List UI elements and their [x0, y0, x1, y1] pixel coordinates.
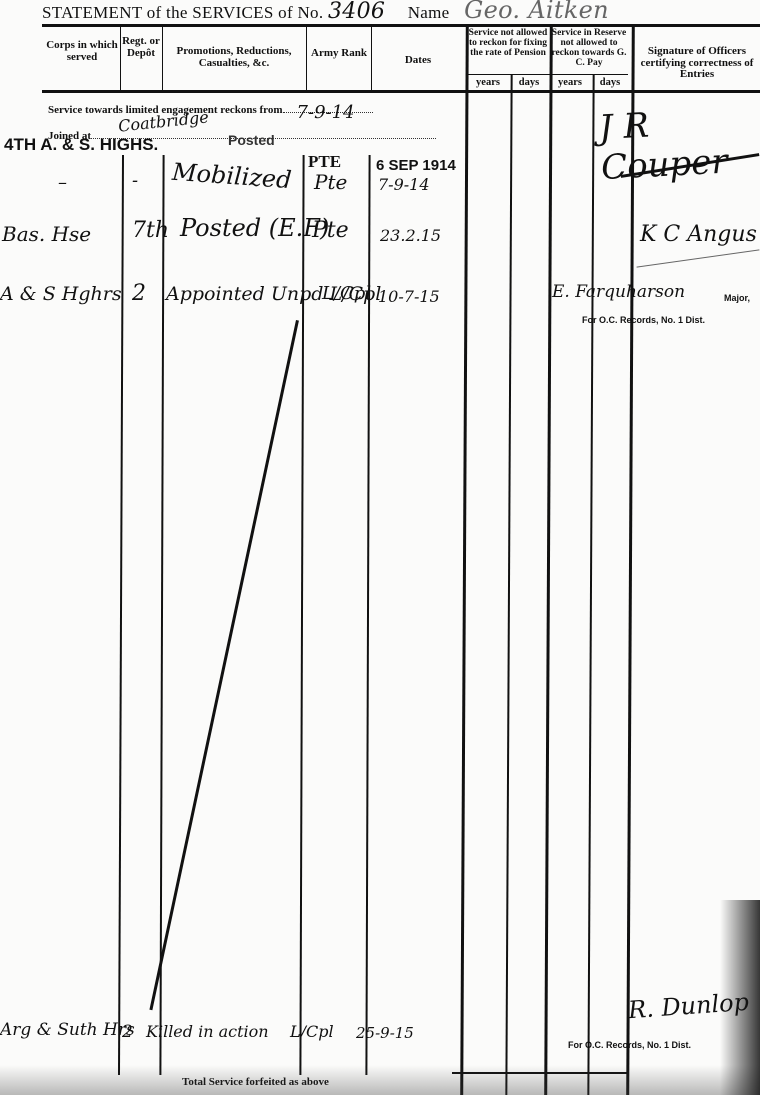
col-years-2: years: [550, 77, 590, 88]
page-corner-shadow: [720, 900, 760, 1095]
row1-date: 7-9-14: [378, 175, 430, 194]
col-pension: Service not allowed to reckon for fixing…: [468, 29, 548, 59]
row1-promotion: Mobilized: [171, 158, 292, 194]
header-top-rule: [42, 24, 760, 27]
hdr-divider: [120, 26, 121, 90]
row1-date-stamp: 6 SEP 1914: [376, 157, 456, 174]
years-days-rule: [466, 74, 628, 75]
row1-corps: –: [58, 172, 67, 193]
service-number: 3406: [328, 0, 385, 24]
col-rule-reserve: [544, 26, 553, 1095]
col-rule-pension: [460, 26, 469, 1095]
row2-rank: Pte: [312, 218, 349, 243]
posted-stamp: Posted: [228, 132, 275, 148]
row3-signature-title: Major,: [724, 293, 750, 303]
name-label: Name: [408, 3, 450, 22]
row4-promotion: Killed in action: [146, 1022, 269, 1041]
col-regt: Regt. or Depôt: [120, 36, 162, 59]
hdr-divider: [162, 26, 163, 90]
col-days-2: days: [592, 77, 628, 88]
row4-date: 25-9-15: [356, 1024, 414, 1042]
row1-regt: -: [132, 170, 138, 191]
row4-regt: 2: [122, 1022, 133, 1042]
limited-engagement-line: Service towards limited engagement recko…: [48, 104, 443, 116]
row4-signature-caption: For O.C. Records, No. 1 Dist.: [568, 1040, 691, 1050]
col-rule-days1: [505, 74, 512, 1095]
statement-title: STATEMENT of the SERVICES of No. 3406 Na…: [42, 0, 609, 24]
col-signature: Signature of Officers certifying correct…: [634, 46, 760, 81]
hdr-divider: [371, 26, 372, 90]
row2-promotion: Posted (E.F): [180, 214, 329, 242]
col-reserve: Service in Reserve not allowed to reckon…: [550, 29, 628, 69]
col-rank: Army Rank: [306, 48, 372, 60]
col-dates: Dates: [372, 55, 464, 67]
col-days-1: days: [510, 77, 548, 88]
row3-corps: A & S Hghrs: [0, 283, 122, 305]
col-rule-days2: [587, 74, 594, 1095]
row1-rank: Pte: [314, 170, 347, 194]
row3-regt: 2: [132, 281, 146, 306]
signature-rule: [637, 249, 760, 267]
row2-regt: 7th: [132, 218, 169, 243]
row3-date: 10-7-15: [378, 287, 440, 306]
header-bottom-rule: [42, 90, 760, 93]
title-text: STATEMENT of the SERVICES of No.: [42, 3, 323, 22]
limited-engagement-value: 7-9-14: [297, 102, 355, 123]
col-years-1: years: [468, 77, 508, 88]
cancellation-diagonal: [149, 320, 299, 1010]
row2-date: 23.2.15: [380, 226, 441, 245]
col-corps: Corps in which served: [44, 40, 120, 63]
row3-signature-caption: For O.C. Records, No. 1 Dist.: [582, 315, 705, 325]
row3-signature: E. Farquharson: [552, 282, 685, 302]
row4-rank: L/Cpl: [290, 1022, 334, 1041]
col-promotions: Promotions, Reductions, Casualties, &c.: [162, 46, 306, 69]
row3-rank: L/Cpl: [322, 283, 371, 304]
row4-corps: Arg & Suth Hrs: [0, 1020, 135, 1040]
name-value: Geo. Aitken: [464, 0, 609, 24]
page-edge-shadow: [0, 1065, 760, 1095]
hdr-divider: [306, 26, 307, 90]
row1-rank-stamp: PTE: [308, 152, 341, 172]
row2-signature: K C Angus: [640, 222, 757, 247]
unit-stamp: 4TH A. & S. HIGHS.: [4, 135, 158, 155]
row2-corps: Bas. Hse: [2, 222, 91, 246]
